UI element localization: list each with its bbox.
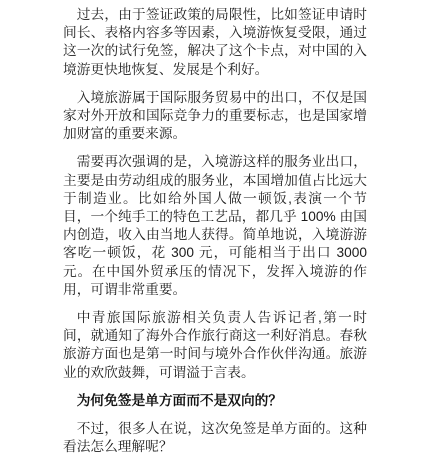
paragraph-inbound-tourism-export: 入境旅游属于国际服务贸易中的出口，不仅是国家对外开放和国际竞争力的重要标志，也是…: [63, 89, 367, 144]
paragraph-unilateral-question: 不过，很多人在说，这次免签是单方面的。这种看法怎么理解呢？: [63, 420, 367, 456]
section-heading-unilateral-visa: 为何免签是单方面而不是双向的？: [63, 392, 367, 410]
paragraph-service-export-value: 需要再次强调的是，入境游这样的服务业出口，主要是由劳动组成的服务业，本国增加值占…: [63, 153, 367, 299]
paragraph-visa-policy-limits: 过去，由于签证政策的局限性，比如签证申请时间长、表格内容多等因素，入境游恢复受限…: [63, 6, 367, 79]
paragraph-industry-reaction: 中青旅国际旅游相关负责人告诉记者,第一时间，就通知了海外合作旅行商这一利好消息。…: [63, 309, 367, 382]
article-page: 过去，由于签证政策的局限性，比如签证申请时间长、表格内容多等因素，入境游恢复受限…: [0, 0, 421, 459]
